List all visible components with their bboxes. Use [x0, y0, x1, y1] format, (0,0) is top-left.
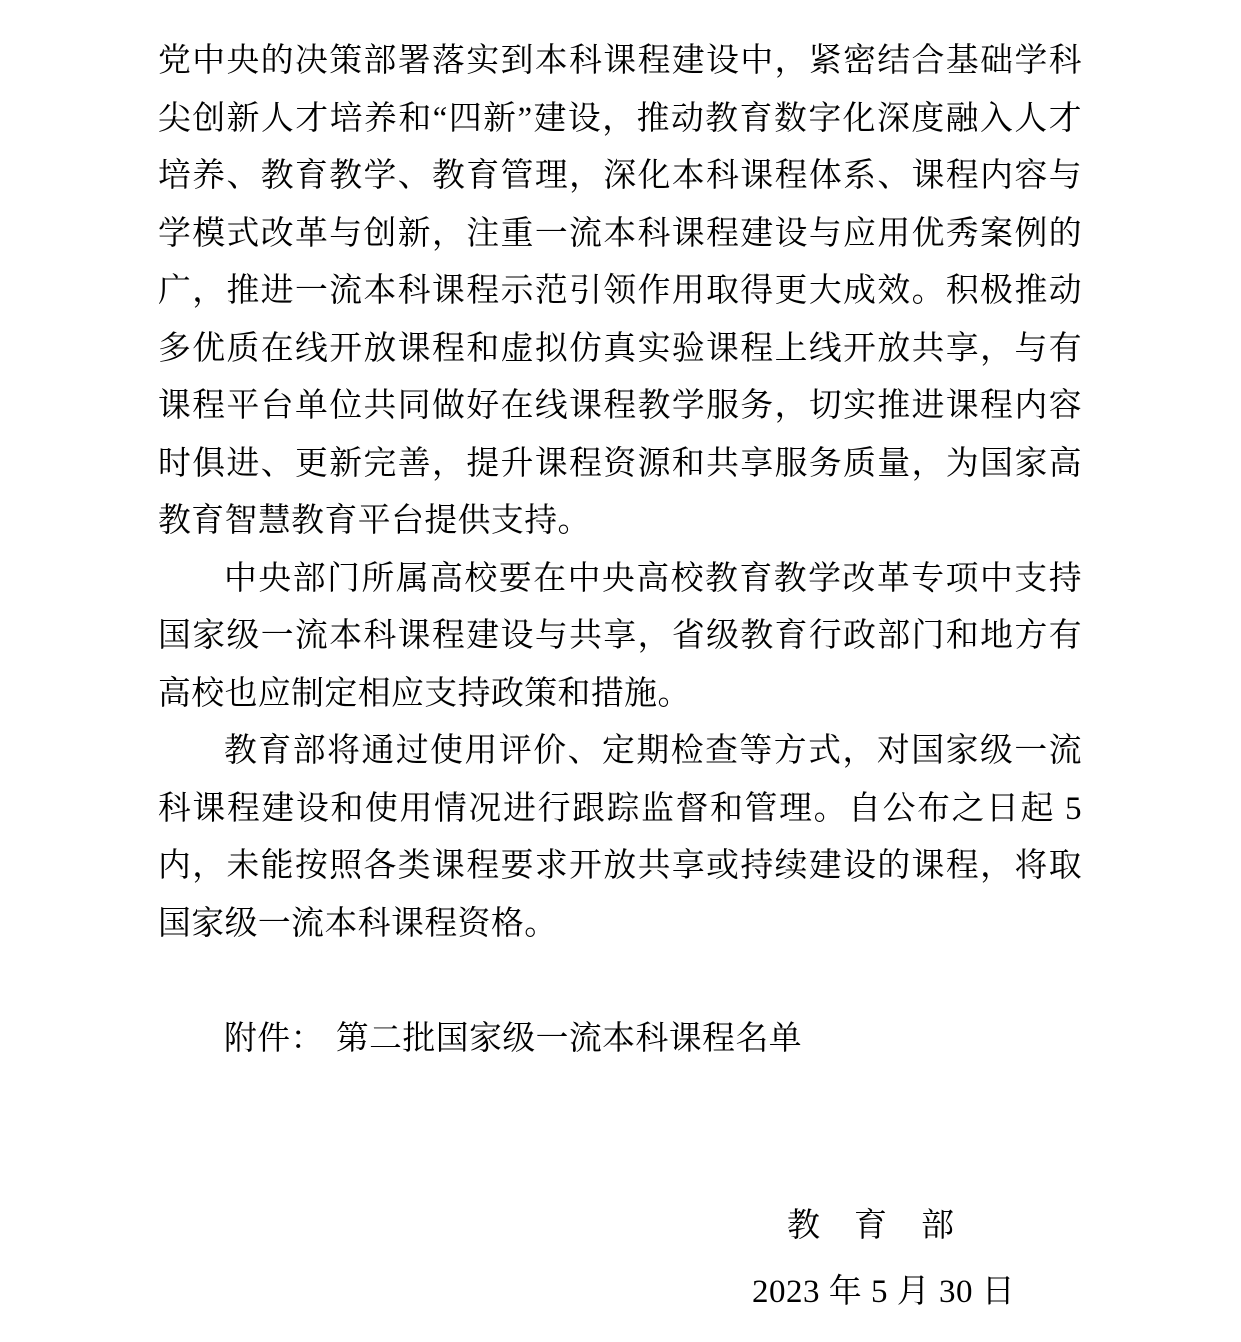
body-line: 培养、教育教学、教育管理，深化本科课程体系、课程内容与教 [158, 148, 1082, 206]
body-line: 教育部将通过使用评价、定期检查等方式，对国家级一流本 [158, 723, 1082, 781]
blank-line [158, 953, 1082, 1011]
body-line: 学模式改革与创新，注重一流本科课程建设与应用优秀案例的推 [158, 206, 1082, 264]
body-line: 内，未能按照各类课程要求开放共享或持续建设的课程，将取消 [158, 838, 1082, 896]
body-line: 课程平台单位共同做好在线课程教学服务，切实推进课程内容与 [158, 378, 1082, 436]
attachment-line: 附件：第二批国家级一流本科课程名单 [158, 1011, 1082, 1069]
body-line: 中央部门所属高校要在中央高校教育教学改革专项中支持 [158, 551, 1082, 609]
body-line: 党中央的决策部署落实到本科课程建设中，紧密结合基础学科拔 [158, 33, 1082, 91]
body-line: 广，推进一流本科课程示范引领作用取得更大成效。积极推动更 [158, 263, 1082, 321]
body-line: 国家级一流本科课程建设与共享，省级教育行政部门和地方有关 [158, 608, 1082, 666]
document-page: 党中央的决策部署落实到本科课程建设中，紧密结合基础学科拔 尖创新人才培养和“四新… [0, 0, 1241, 1342]
document-body: 党中央的决策部署落实到本科课程建设中，紧密结合基础学科拔 尖创新人才培养和“四新… [158, 33, 1082, 1068]
body-line: 尖创新人才培养和“四新”建设，推动教育数字化深度融入人才 [158, 91, 1082, 149]
body-line: 高校也应制定相应支持政策和措施。 [158, 666, 1082, 724]
attachment-title: 第二批国家级一流本科课程名单 [336, 1021, 802, 1057]
signature-date: 2023 年 5 月 30 日 [752, 1272, 1015, 1312]
issuer-signature: 教 育 部 [787, 1206, 955, 1246]
body-line: 多优质在线开放课程和虚拟仿真实验课程上线开放共享，与有关 [158, 321, 1082, 379]
attachment-label: 附件： [224, 1021, 324, 1057]
body-line: 教育智慧教育平台提供支持。 [158, 493, 1082, 551]
body-line: 国家级一流本科课程资格。 [158, 896, 1082, 954]
body-line: 时俱进、更新完善，提升课程资源和共享服务质量，为国家高等 [158, 436, 1082, 494]
body-line: 科课程建设和使用情况进行跟踪监督和管理。自公布之日起 5 年 [158, 781, 1082, 839]
